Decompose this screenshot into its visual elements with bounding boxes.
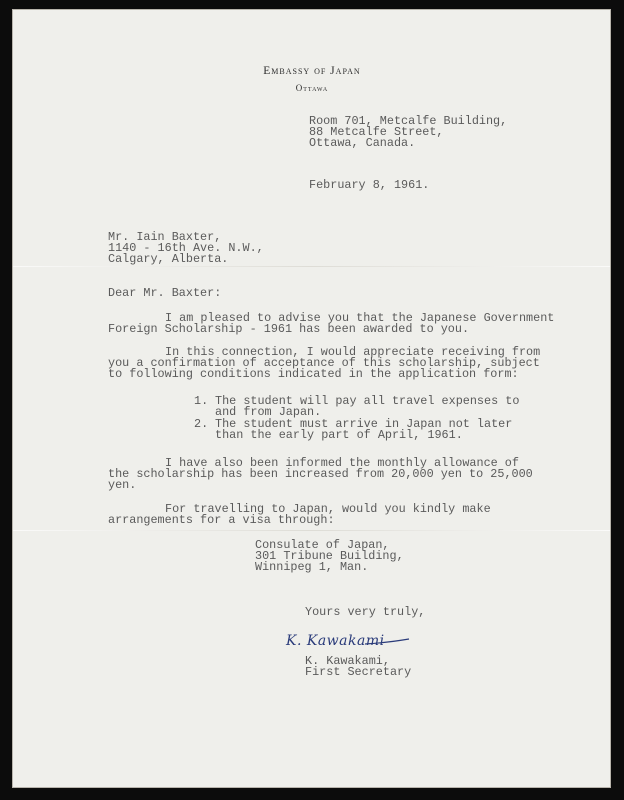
condition-1-number: 1. <box>194 396 208 407</box>
sender-address-line3: Ottawa, Canada. <box>309 138 415 149</box>
consulate-line3: Winnipeg 1, Man. <box>255 562 368 573</box>
letterhead-city: Ottawa <box>0 83 624 93</box>
closing: Yours very truly, <box>305 607 425 618</box>
paragraph-2-line3: to following conditions indicated in the… <box>108 369 519 380</box>
letterhead-organization: Embassy of Japan <box>0 65 624 77</box>
condition-2-number: 2. <box>194 419 208 430</box>
fold-line <box>13 266 610 267</box>
condition-2-line2: than the early part of April, 1961. <box>215 430 463 441</box>
letter-date: February 8, 1961. <box>309 180 429 191</box>
paragraph-3-line2: the scholarship has been increased from … <box>108 469 533 480</box>
signature-flourish-icon <box>365 638 410 646</box>
signer-title: First Secretary <box>305 667 411 678</box>
salutation: Dear Mr. Baxter: <box>108 288 221 299</box>
fold-line <box>13 530 610 531</box>
recipient-city: Calgary, Alberta. <box>108 254 228 265</box>
paragraph-4-line2: arrangements for a visa through: <box>108 515 335 526</box>
paragraph-1-line2: Foreign Scholarship - 1961 has been awar… <box>108 324 469 335</box>
paragraph-3-line3: yen. <box>108 480 136 491</box>
